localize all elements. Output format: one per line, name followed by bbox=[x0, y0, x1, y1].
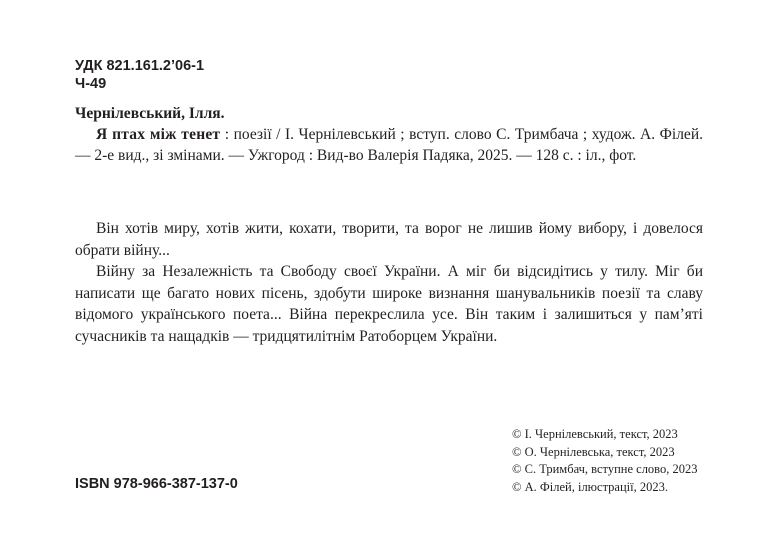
annotation: Він хотів миру, хотів жити, кохати, твор… bbox=[75, 218, 703, 347]
isbn: ISBN 978-966-387-137-0 bbox=[75, 475, 238, 493]
udk-block: УДК 821.161.2’06-1 Ч-49 bbox=[75, 57, 204, 93]
record-title: Я птах між тенет bbox=[96, 126, 220, 143]
udk-code: УДК 821.161.2’06-1 bbox=[75, 57, 204, 75]
copyright-line: © С. Тримбач, вступне слово, 2023 bbox=[512, 461, 698, 479]
copyright-line: © А. Філей, ілюстрації, 2023. bbox=[512, 479, 698, 497]
bibliographic-record: Чернілевський, Ілля. Я птах між тенет : … bbox=[75, 103, 703, 166]
copyright-line: © О. Чернілевська, текст, 2023 bbox=[512, 444, 698, 462]
annotation-paragraph: Він хотів миру, хотів жити, кохати, твор… bbox=[75, 218, 703, 261]
annotation-paragraph: Війну за Незалежність та Свободу своєї У… bbox=[75, 261, 703, 347]
author-mark: Ч-49 bbox=[75, 75, 204, 93]
record-entry: Я птах між тенет : поезії / І. Чернілевс… bbox=[75, 124, 703, 166]
record-author: Чернілевський, Ілля. bbox=[75, 103, 703, 124]
copyright-line: © І. Чернілевський, текст, 2023 bbox=[512, 426, 698, 444]
copyright-block: © І. Чернілевський, текст, 2023 © О. Чер… bbox=[512, 426, 698, 496]
